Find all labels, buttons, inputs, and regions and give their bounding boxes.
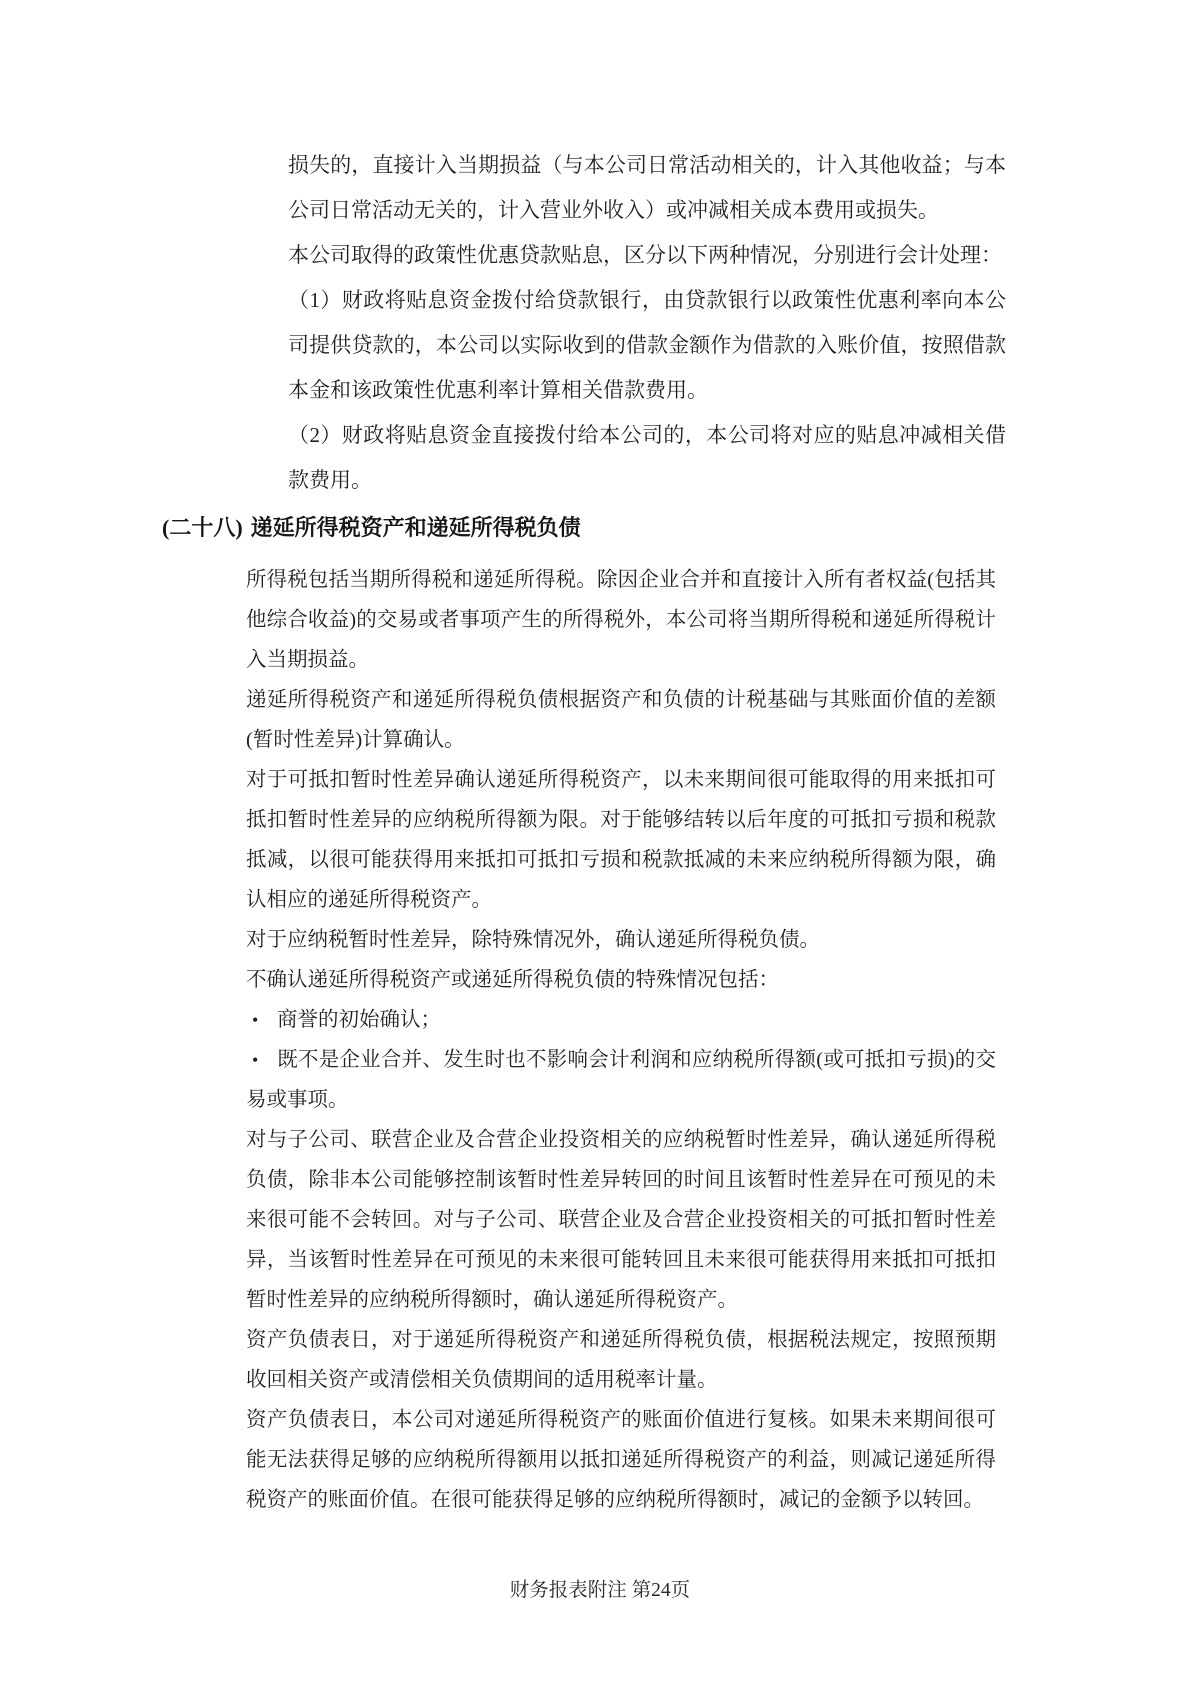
- bullet-item-non-merger: •既不是企业合并、发生时也不影响会计利润和应纳税所得额(或可抵扣亏损)的交易或事…: [246, 1040, 996, 1120]
- paragraph-subsidiary-investment: 对与子公司、联营企业及合营企业投资相关的应纳税暂时性差异，确认递延所得税负债，除…: [246, 1120, 996, 1320]
- section-heading: (二十八)递延所得税资产和递延所得税负债: [162, 512, 581, 544]
- paragraph-taxable-difference: 对于应纳税暂时性差异，除特殊情况外，确认递延所得税负债。: [246, 920, 996, 960]
- paragraph-gains-losses: 损失的，直接计入当期损益（与本公司日常活动相关的，计入其他收益；与本公司日常活动…: [288, 143, 1006, 233]
- page-footer: 财务报表附注 第24页: [0, 1578, 1200, 1604]
- paragraph-deductible-difference: 对于可抵扣暂时性差异确认递延所得税资产，以未来期间很可能取得的用来抵扣可抵扣暂时…: [246, 760, 996, 920]
- paragraph-balance-sheet-rate: 资产负债表日，对于递延所得税资产和递延所得税负债，根据税法规定，按照预期收回相关…: [246, 1320, 996, 1400]
- paragraph-special-cases-intro: 不确认递延所得税资产或递延所得税负债的特殊情况包括：: [246, 960, 996, 1000]
- paragraph-policy-loan-case2: （2）财政将贴息资金直接拨付给本公司的，本公司将对应的贴息冲减相关借款费用。: [288, 413, 1006, 503]
- section-number: (二十八): [162, 515, 243, 540]
- bullet-item-goodwill: •商誉的初始确认；: [246, 1000, 996, 1040]
- document-page: 损失的，直接计入当期损益（与本公司日常活动相关的，计入其他收益；与本公司日常活动…: [0, 0, 1200, 1697]
- section-title: 递延所得税资产和递延所得税负债: [251, 515, 581, 540]
- bullet-marker: •: [252, 1040, 277, 1080]
- bullet-text: 既不是企业合并、发生时也不影响会计利润和应纳税所得额(或可抵扣亏损)的交易或事项…: [246, 1049, 996, 1111]
- section-body: 所得税包括当期所得税和递延所得税。除因企业合并和直接计入所有者权益(包括其他综合…: [246, 560, 996, 1520]
- paragraph-income-tax-scope: 所得税包括当期所得税和递延所得税。除因企业合并和直接计入所有者权益(包括其他综合…: [246, 560, 996, 680]
- paragraph-policy-loan-intro: 本公司取得的政策性优惠贷款贴息，区分以下两种情况，分别进行会计处理：: [288, 233, 1006, 278]
- paragraph-carrying-value-review: 资产负债表日，本公司对递延所得税资产的账面价值进行复核。如果未来期间很可能无法获…: [246, 1400, 996, 1520]
- previous-section-text: 损失的，直接计入当期损益（与本公司日常活动相关的，计入其他收益；与本公司日常活动…: [288, 143, 1006, 503]
- bullet-marker: •: [252, 1000, 277, 1040]
- paragraph-policy-loan-case1: （1）财政将贴息资金拨付给贷款银行，由贷款银行以政策性优惠利率向本公司提供贷款的…: [288, 278, 1006, 413]
- paragraph-temporary-difference: 递延所得税资产和递延所得税负债根据资产和负债的计税基础与其账面价值的差额(暂时性…: [246, 680, 996, 760]
- bullet-text: 商誉的初始确认；: [277, 1009, 441, 1031]
